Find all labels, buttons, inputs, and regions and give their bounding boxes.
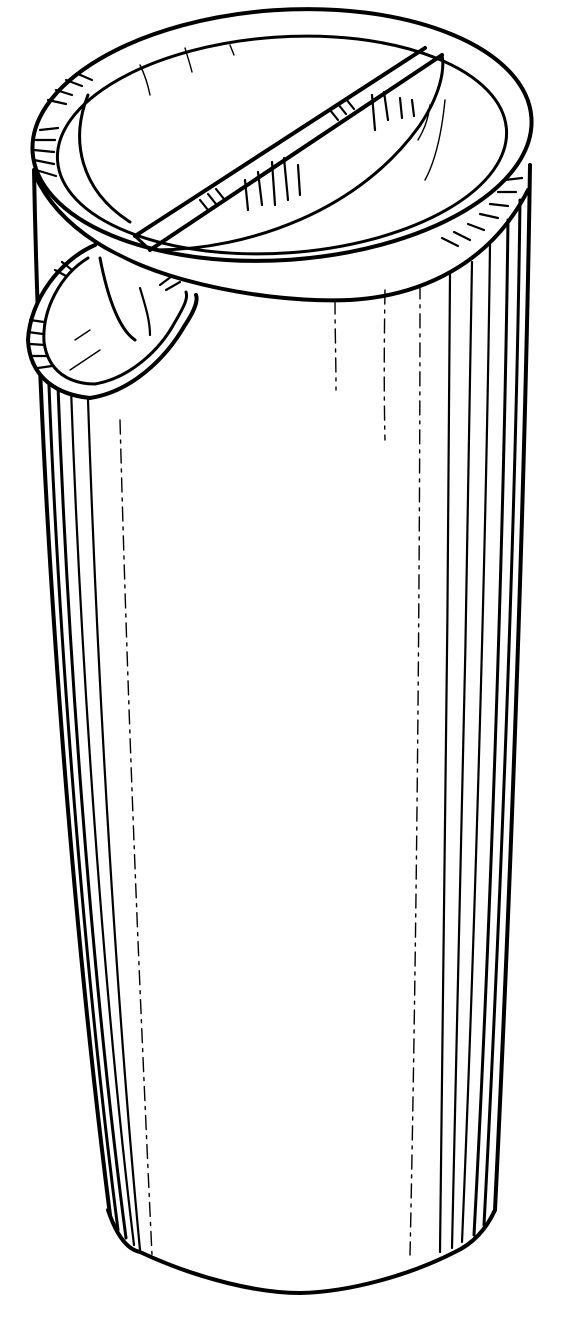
container-drawing	[0, 0, 569, 1337]
